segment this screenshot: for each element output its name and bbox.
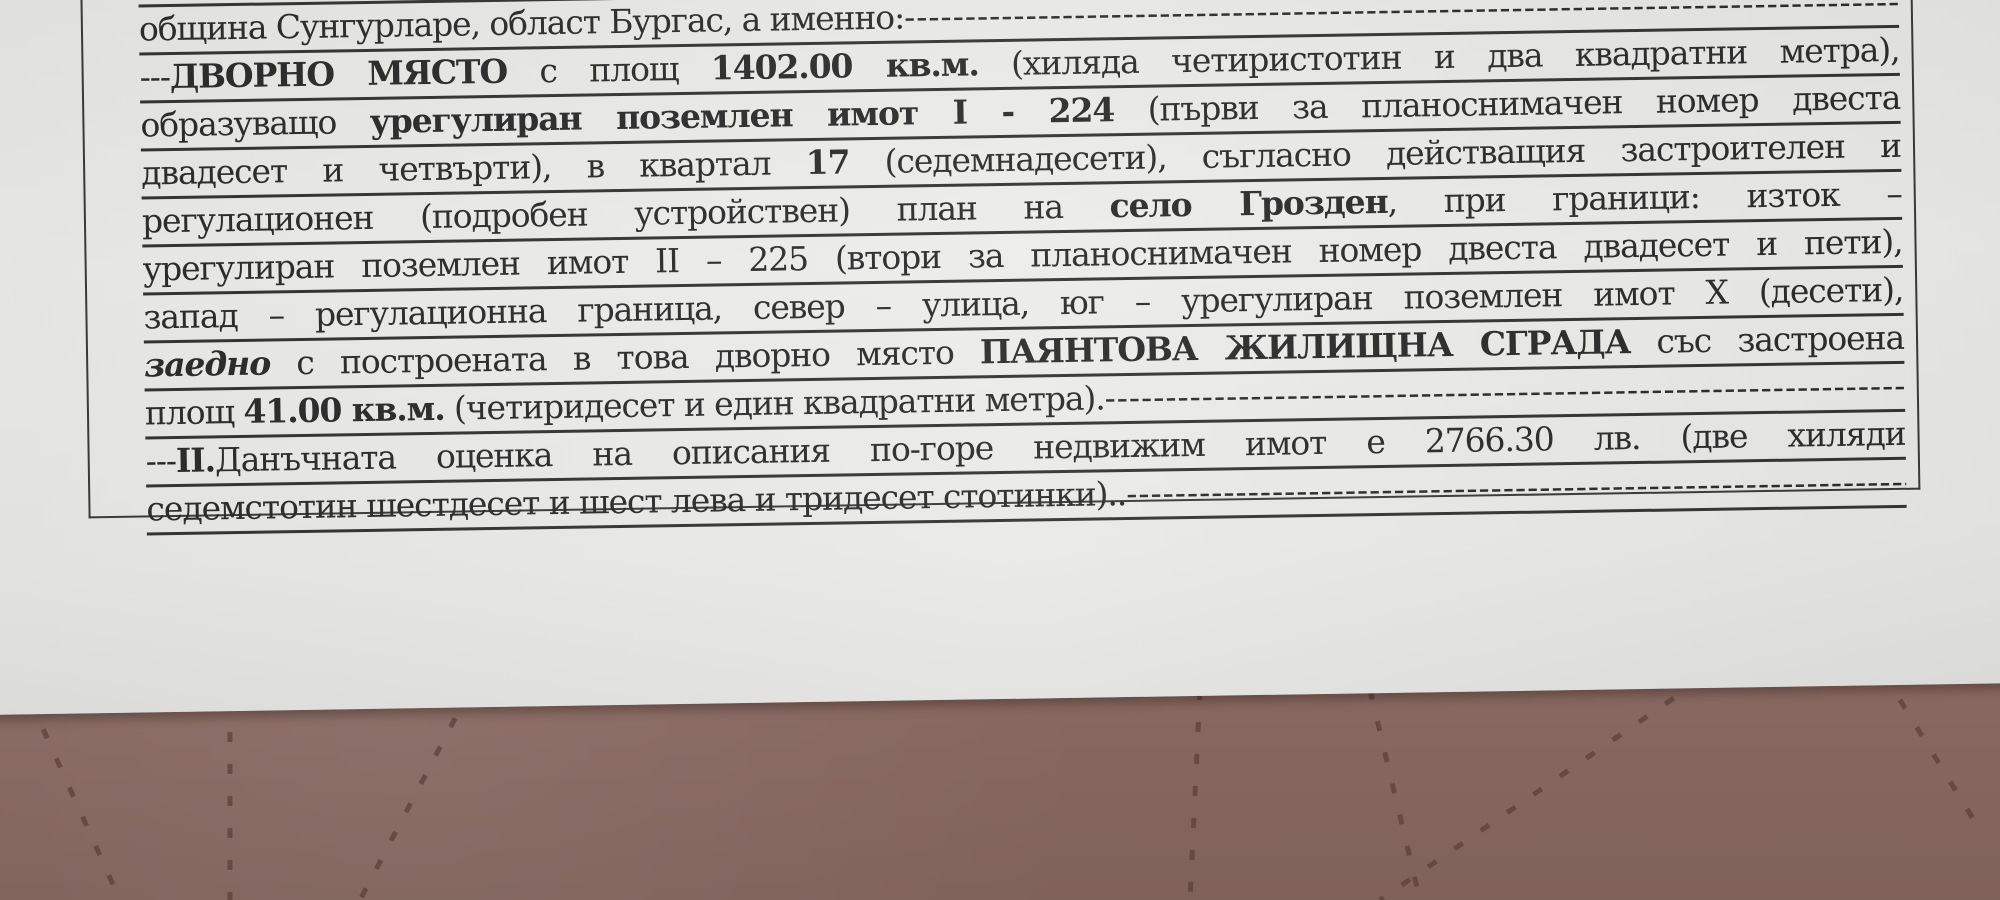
document-line: площ 41.00 кв.м. (четиридесет и един ква… [145, 366, 1906, 440]
text-segment: двадесет и четвърти), в квартал [141, 143, 806, 192]
text-segment: (седемнадесети), съгласно действащия зас… [849, 126, 1901, 182]
text-segment: образуващо [140, 102, 370, 145]
dash-filler: ----------------------------------------… [1104, 366, 1905, 422]
text-segment: запад – регулационна граница, север – ул… [143, 270, 1903, 337]
line-text: втората и третата, следния свой собствен… [138, 0, 1263, 5]
line-text: заедно с построената в това дворно място… [144, 318, 1904, 386]
text-segment: площ [145, 392, 244, 433]
document-line: ---II.Данъчната оценка на описания по-го… [145, 414, 1906, 488]
text-segment: --- [139, 57, 170, 96]
document-line: урегулиран поземлен имот II – 225 (втори… [142, 222, 1903, 296]
line-text: община Сунгурларе, област Бургас, а имен… [139, 0, 905, 53]
text-segment: седемстотин шестдесет и шест лева и трид… [146, 474, 1126, 528]
text-segment: , при граници: изток – [1387, 174, 1902, 221]
dash-filler: ----------------------------------------… [904, 0, 1899, 40]
line-text: запад – регулационна граница, север – ул… [143, 270, 1903, 338]
document-line: двадесет и четвърти), в квартал 17 (седе… [141, 126, 1902, 200]
document-body: втората и третата, следния свой собствен… [138, 0, 1907, 537]
text-segment: регулационен (подробен устройствен) план… [142, 186, 1110, 240]
document-line: заедно с построената в това дворно място… [144, 318, 1905, 392]
text-segment: със застроена [1630, 318, 1904, 361]
line-text: седемстотин шестдесет и шест лева и трид… [146, 474, 1126, 532]
document-line: ---ДВОРНО МЯСТО с площ 1402.00 кв.м. (хи… [139, 30, 1900, 104]
text-segment: --- [145, 441, 176, 480]
document-line: втората и третата, следния свой собствен… [138, 0, 1899, 8]
document-line: община Сунгурларе, област Бургас, а имен… [139, 0, 1900, 56]
document-box-border [80, 0, 1920, 518]
emphasized-text: заедно [144, 343, 270, 384]
text-segment: урегулиран поземлен имот II – 225 (втори… [142, 222, 1902, 289]
text-segment: (първи за планоснимачен номер двеста [1114, 78, 1901, 129]
text-segment: с площ [507, 49, 711, 91]
document-line: запад – регулационна граница, север – ул… [143, 270, 1904, 344]
paper-sheet: втората и третата, следния свой собствен… [0, 0, 2000, 715]
line-text: ---II.Данъчната оценка на описания по-го… [145, 414, 1905, 482]
text-segment: втората и третата, следния свой собствен… [138, 0, 1263, 1]
text-segment: (четиридесет и един квадратни метра). [444, 378, 1105, 427]
emphasized-text: 41.00 кв.м. [243, 389, 445, 431]
line-text: площ 41.00 кв.м. (четиридесет и един ква… [145, 378, 1105, 436]
line-text: двадесет и четвърти), в квартал 17 (седе… [141, 126, 1901, 194]
document-line: образуващо урегулиран поземлен имот I - … [140, 78, 1901, 152]
emphasized-text: II. [176, 440, 216, 480]
emphasized-text: урегулиран поземлен имот I - 224 [369, 90, 1114, 141]
document-line: седемстотин шестдесет и шест лева и трид… [146, 462, 1907, 536]
emphasized-text: село Грозден [1109, 182, 1388, 225]
line-text: ---ДВОРНО МЯСТО с площ 1402.00 кв.м. (хи… [139, 30, 1899, 98]
dash-filler: ----------------------------------------… [1126, 462, 1907, 517]
text-segment: община Сунгурларе, област Бургас, а имен… [139, 0, 905, 49]
text-segment: (хиляда четиристотин и два квадратни мет… [978, 30, 1899, 83]
line-text: урегулиран поземлен имот II – 225 (втори… [142, 222, 1902, 290]
emphasized-text: ПАЯНТОВА ЖИЛИЩНА СГРАДА [980, 322, 1631, 371]
document-line: регулационен (подробен устройствен) план… [142, 174, 1903, 248]
emphasized-text: 17 [805, 142, 849, 182]
text-segment: с построената в това дворно място [270, 332, 980, 382]
emphasized-text: 1402.00 кв.м. [711, 44, 979, 87]
line-text: регулационен (подробен устройствен) план… [142, 174, 1902, 242]
text-segment: Данъчната оценка на описания по-горе нед… [215, 414, 1906, 480]
line-text: образуващо урегулиран поземлен имот I - … [140, 78, 1900, 146]
emphasized-text: ДВОРНО МЯСТО [170, 52, 508, 96]
